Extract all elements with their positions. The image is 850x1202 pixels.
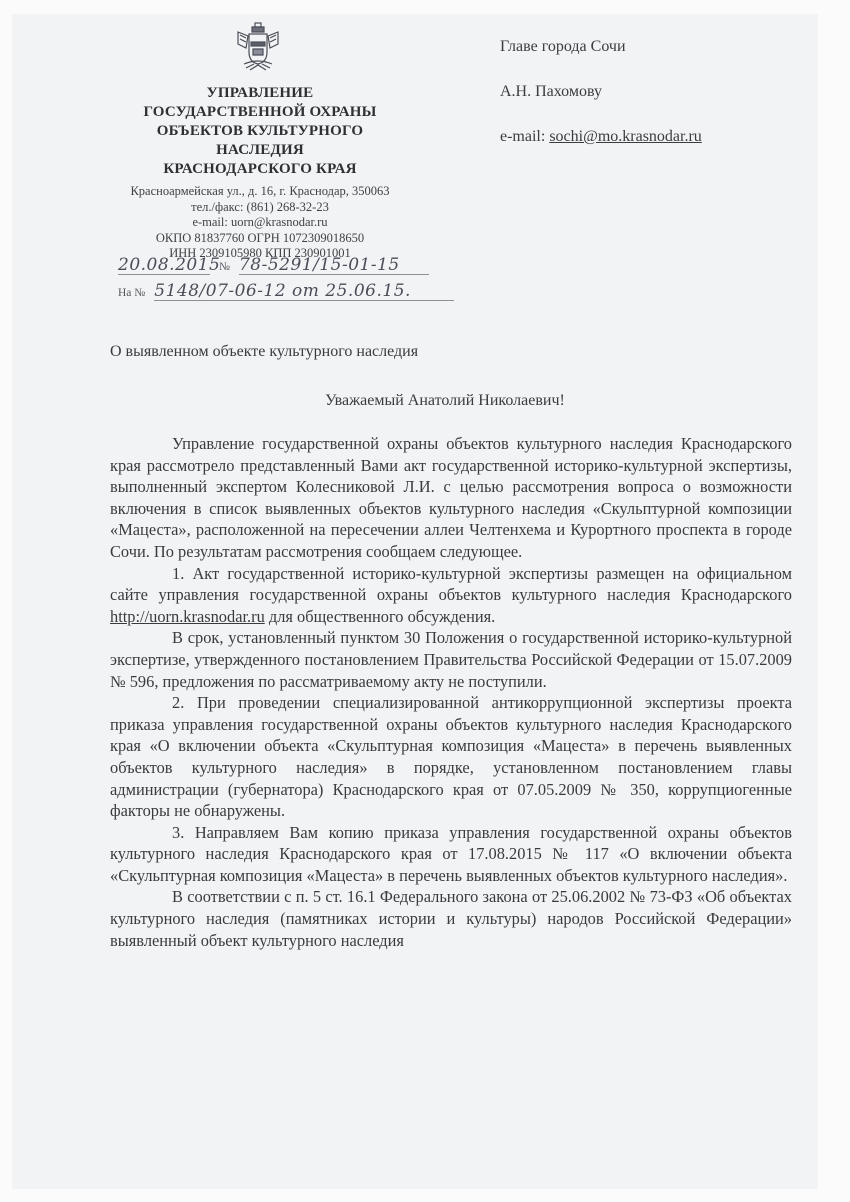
reply-to-registration: На № 5148/07-06-12 от 25.06.15. — [118, 282, 458, 304]
organization-contacts: Красноармейская ул., д. 16, г. Краснодар… — [85, 184, 435, 262]
reply-to-value: 5148/07-06-12 от 25.06.15. — [154, 282, 454, 301]
addressee-block: Главе города Сочи А.Н. Пахомову e-mail: … — [500, 38, 800, 173]
org-email: e-mail: uorn@krasnodar.ru — [85, 215, 435, 231]
org-okpo-ogrn: ОКПО 81837760 ОГРН 1072309018650 — [85, 231, 435, 247]
org-name-line: УПРАВЛЕНИЕ — [110, 84, 410, 103]
addressee-email-link[interactable]: sochi@mo.krasnodar.ru — [549, 128, 701, 145]
letter-salutation: Уважаемый Анатолий Николаевич! — [0, 392, 850, 410]
org-phone: тел./факс: (861) 268-32-23 — [85, 200, 435, 216]
addressee-email-row: e-mail: sochi@mo.krasnodar.ru — [500, 128, 800, 173]
body-paragraph: 1. Акт государственной историко-культурн… — [110, 563, 792, 628]
organization-name: УПРАВЛЕНИЕ ГОСУДАРСТВЕННОЙ ОХРАНЫ ОБЪЕКТ… — [110, 84, 410, 179]
body-paragraph: 2. При проведении специализированной ант… — [110, 692, 792, 822]
krasnodar-coat-of-arms-icon — [236, 22, 280, 74]
outgoing-number: 78-5291/15-01-15 — [239, 256, 429, 275]
website-link[interactable]: http://uorn.krasnodar.ru — [110, 607, 265, 626]
body-paragraph: 3. Направляем Вам копию приказа управлен… — [110, 822, 792, 887]
body-paragraph: В срок, установленный пунктом 30 Положен… — [110, 627, 792, 692]
outgoing-number-label: № — [219, 261, 230, 273]
org-name-line: ГОСУДАРСТВЕННОЙ ОХРАНЫ — [110, 103, 410, 122]
addressee-title: Главе города Сочи — [500, 38, 800, 83]
org-address: Красноармейская ул., д. 16, г. Краснодар… — [85, 184, 435, 200]
addressee-email-label: e-mail: — [500, 128, 549, 145]
reply-to-label: На № — [118, 287, 145, 299]
org-name-line: ОБЪЕКТОВ КУЛЬТУРНОГО — [110, 122, 410, 141]
addressee-name: А.Н. Пахомову — [500, 83, 800, 128]
body-text: 1. Акт государственной историко-культурн… — [110, 564, 792, 605]
body-text: для общественного обсуждения. — [265, 607, 496, 626]
outgoing-registration: 20.08.2015 № 78-5291/15-01-15 — [118, 256, 458, 278]
org-name-line: НАСЛЕДИЯ — [110, 141, 410, 160]
letter-page: УПРАВЛЕНИЕ ГОСУДАРСТВЕННОЙ ОХРАНЫ ОБЪЕКТ… — [0, 0, 850, 1202]
org-name-line: КРАСНОДАРСКОГО КРАЯ — [110, 160, 410, 179]
letter-body: Управление государственной охраны объект… — [110, 433, 792, 951]
body-paragraph: Управление государственной охраны объект… — [110, 433, 792, 563]
letter-subject: О выявленном объекте культурного наследи… — [110, 343, 418, 361]
body-paragraph: В соответствии с п. 5 ст. 16.1 Федеральн… — [110, 886, 792, 951]
outgoing-date: 20.08.2015 — [118, 256, 210, 275]
